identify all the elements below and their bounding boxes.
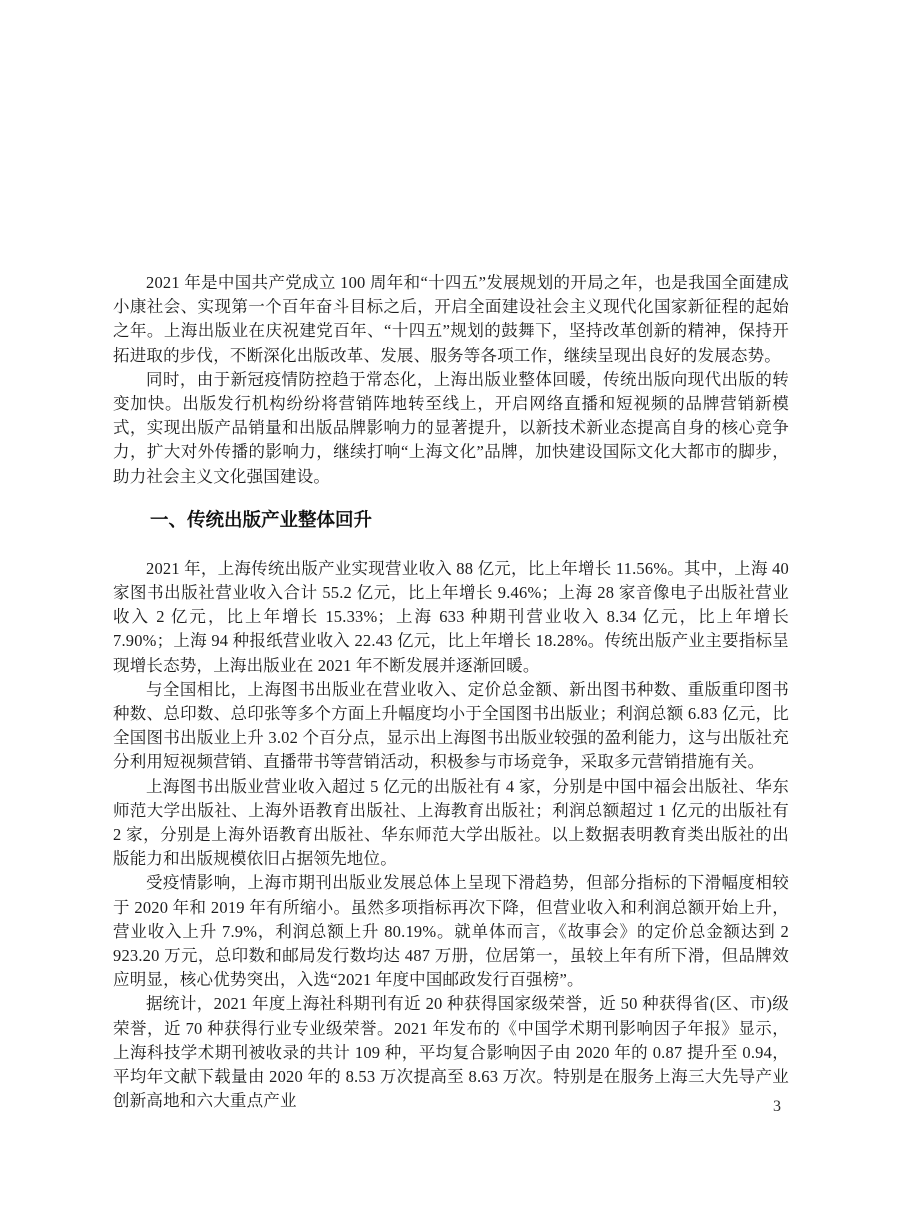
page-content: 2021 年是中国共产党成立 100 周年和“十四五”发展规划的开局之年，也是我… <box>113 271 789 1114</box>
intro-paragraph-2: 同时，由于新冠疫情防控趋于常态化，上海出版业整体回暖，传统出版向现代出版的转变加… <box>113 368 789 489</box>
section-paragraph-5: 据统计，2021 年度上海社科期刊有近 20 种获得国家级荣誉，近 50 种获得… <box>113 992 789 1113</box>
section-paragraph-1: 2021 年，上海传统出版产业实现营业收入 88 亿元，比上年增长 11.56%… <box>113 557 789 678</box>
intro-paragraph-1: 2021 年是中国共产党成立 100 周年和“十四五”发展规划的开局之年，也是我… <box>113 271 789 368</box>
section-paragraph-3: 上海图书出版业营业收入超过 5 亿元的出版社有 4 家，分别是中国中福会出版社、… <box>113 775 789 872</box>
document-page: 2021 年是中国共产党成立 100 周年和“十四五”发展规划的开局之年，也是我… <box>0 0 900 1213</box>
section-heading: 一、传统出版产业整体回升 <box>113 507 789 533</box>
section-paragraph-2: 与全国相比，上海图书出版业在营业收入、定价总金额、新出图书种数、重版重印图书种数… <box>113 678 789 775</box>
page-number: 3 <box>764 1096 790 1118</box>
section-paragraph-4: 受疫情影响，上海市期刊出版业发展总体上呈现下滑趋势，但部分指标的下滑幅度相较于 … <box>113 871 789 992</box>
